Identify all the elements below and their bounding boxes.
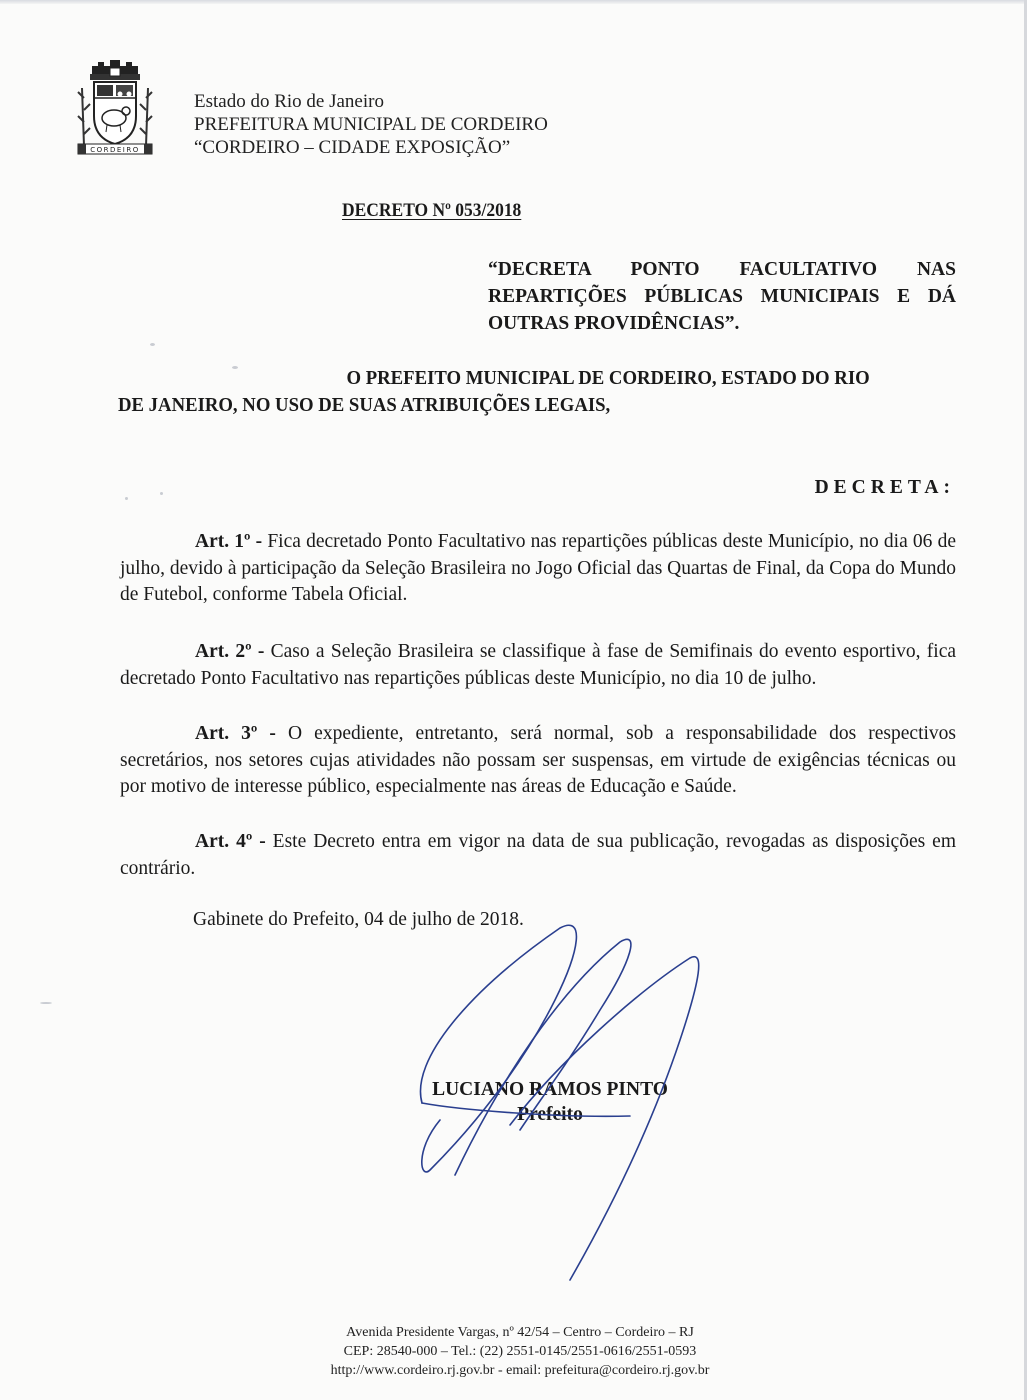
signer-block: LUCIANO RAMOS PINTO Prefeito bbox=[420, 1077, 680, 1127]
preamble: O PREFEITO MUNICIPAL DE CORDEIRO, ESTADO… bbox=[118, 365, 922, 419]
scan-speck bbox=[125, 497, 128, 500]
decree-title: DECRETO Nº 053/2018 bbox=[342, 200, 521, 222]
footer-web: http://www.cordeiro.rj.gov.br - email: p… bbox=[250, 1361, 790, 1380]
scan-speck bbox=[160, 492, 163, 495]
scan-speck bbox=[232, 366, 238, 369]
scan-speck bbox=[150, 343, 155, 346]
article-3: Art. 3º - O expediente, entretanto, será… bbox=[120, 721, 956, 801]
summary-rest: REPARTIÇÕES PÚBLICAS MUNICIPAIS E DÁ OUT… bbox=[488, 286, 956, 334]
scan-top-edge bbox=[0, 0, 1027, 4]
municipal-coat-of-arms-icon: CORDEIRO bbox=[74, 58, 156, 156]
preamble-line-2: DE JANEIRO, NO USO DE SUAS ATRIBUIÇÕES L… bbox=[118, 395, 610, 416]
article-label: Art. 2º - bbox=[195, 641, 264, 662]
article-label: Art. 3º - bbox=[195, 723, 276, 744]
signer-name: LUCIANO RAMOS PINTO bbox=[420, 1077, 680, 1102]
article-1: Art. 1º - Fica decretado Ponto Facultati… bbox=[120, 529, 956, 609]
municipality-name: PREFEITURA MUNICIPAL DE CORDEIRO bbox=[194, 113, 548, 136]
decreta-heading: DECRETA: bbox=[815, 477, 955, 499]
preamble-line-1: O PREFEITO MUNICIPAL DE CORDEIRO, ESTADO… bbox=[118, 365, 922, 392]
crest-banner-text: CORDEIRO bbox=[90, 146, 140, 154]
decree-summary: “DECRETA PONTO FACULTATIVO NAS REPARTIÇÕ… bbox=[488, 256, 956, 337]
article-label: Art. 1º - bbox=[195, 531, 262, 552]
scan-speck bbox=[40, 1002, 52, 1004]
letterhead-footer: Avenida Presidente Vargas, nº 42/54 – Ce… bbox=[250, 1323, 790, 1380]
letterhead: Estado do Rio de Janeiro PREFEITURA MUNI… bbox=[194, 90, 548, 159]
place-and-date: Gabinete do Prefeito, 04 de julho de 201… bbox=[193, 909, 524, 931]
article-label: Art. 4º - bbox=[195, 831, 266, 852]
state-name: Estado do Rio de Janeiro bbox=[194, 90, 548, 113]
footer-contact: CEP: 28540-000 – Tel.: (22) 2551-0145/25… bbox=[250, 1342, 790, 1361]
article-4: Art. 4º - Este Decreto entra em vigor na… bbox=[120, 829, 956, 882]
signer-role: Prefeito bbox=[420, 1102, 680, 1127]
article-2: Art. 2º - Caso a Seleção Brasileira se c… bbox=[120, 639, 956, 692]
footer-address: Avenida Presidente Vargas, nº 42/54 – Ce… bbox=[250, 1323, 790, 1342]
summary-line-1: “DECRETA PONTO FACULTATIVO NAS bbox=[488, 256, 956, 283]
city-motto: “CORDEIRO – CIDADE EXPOSIÇÃO” bbox=[194, 136, 548, 159]
